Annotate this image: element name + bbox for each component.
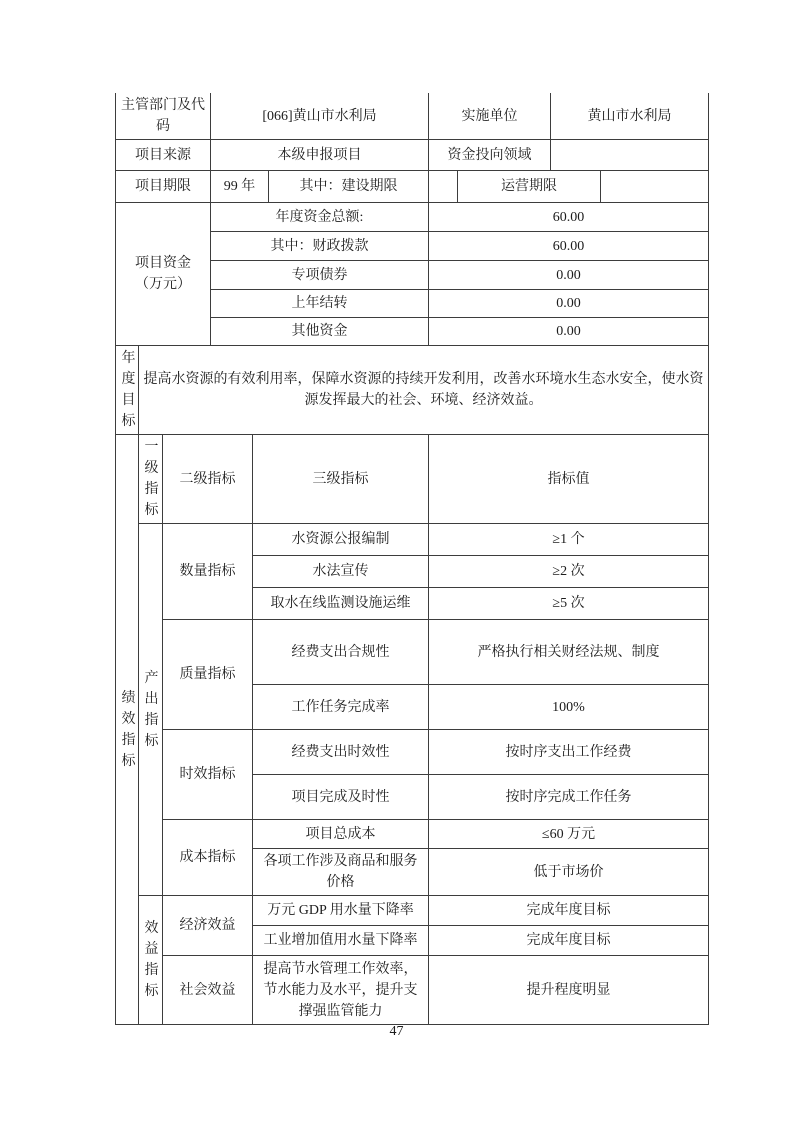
level2-social: 社会效益 [163, 956, 253, 1025]
build-duration-value [429, 171, 458, 203]
fund-row-name: 上年结转 [211, 290, 429, 318]
impl-unit-label: 实施单位 [429, 93, 551, 140]
level2-timeliness: 时效指标 [163, 730, 253, 820]
page-number: 47 [0, 1024, 793, 1040]
header-level2: 二级指标 [163, 435, 253, 524]
level2-cost: 成本指标 [163, 820, 253, 896]
source-label: 项目来源 [116, 140, 211, 171]
funds-label: 项目资金 （万元） [116, 203, 211, 346]
indicator-name: 工业增加值用水量下降率 [253, 926, 429, 956]
indicator-name: 水资源公报编制 [253, 524, 429, 556]
indicator-name: 提高节水管理工作效率，节水能力及水平，提升支撑强监管能力 [253, 956, 429, 1025]
indicator-name: 万元 GDP 用水量下降率 [253, 896, 429, 926]
indicator-value: 100% [429, 685, 709, 730]
duration-label: 项目期限 [116, 171, 211, 203]
indicator-value: ≤60 万元 [429, 820, 709, 849]
indicator-value: 完成年度目标 [429, 926, 709, 956]
indicator-value: 完成年度目标 [429, 896, 709, 926]
header-value: 指标值 [429, 435, 709, 524]
project-performance-table: 主管部门及代 码 [066]黄山市水利局 实施单位 黄山市水利局 项目来源 本级… [115, 93, 709, 1025]
fund-row-value: 0.00 [429, 261, 709, 290]
duration-value: 99 年 [211, 171, 269, 203]
indicator-name: 工作任务完成率 [253, 685, 429, 730]
indicator-name: 项目完成及时性 [253, 775, 429, 820]
fund-row-value: 60.00 [429, 203, 709, 232]
indicator-value: ≥2 次 [429, 556, 709, 588]
fund-field-value [551, 140, 709, 171]
indicator-value: ≥5 次 [429, 588, 709, 620]
level2-economic: 经济效益 [163, 896, 253, 956]
indicator-value: 低于市场价 [429, 849, 709, 896]
indicator-name: 经费支出合规性 [253, 620, 429, 685]
level2-quantity: 数量指标 [163, 524, 253, 620]
fund-row-name: 其他资金 [211, 318, 429, 346]
indicator-name: 经费支出时效性 [253, 730, 429, 775]
build-duration-label: 其中：建设期限 [269, 171, 429, 203]
indicator-value: 提升程度明显 [429, 956, 709, 1025]
dept-value: [066]黄山市水利局 [211, 93, 429, 140]
fund-row-value: 0.00 [429, 290, 709, 318]
indicator-name: 水法宣传 [253, 556, 429, 588]
fund-row-name: 年度资金总额: [211, 203, 429, 232]
performance-side-label: 绩效指标 [116, 435, 139, 1025]
header-level3: 三级指标 [253, 435, 429, 524]
annual-goal-label: 年度目标 [116, 346, 139, 435]
indicator-name: 各项工作涉及商品和服务价格 [253, 849, 429, 896]
level1-benefit: 效益指标 [139, 896, 163, 1025]
operate-duration-label: 运营期限 [458, 171, 601, 203]
indicator-value: ≥1 个 [429, 524, 709, 556]
fund-row-name: 其中：财政拨款 [211, 232, 429, 261]
indicator-value: 按时序支出工作经费 [429, 730, 709, 775]
indicator-value: 严格执行相关财经法规、制度 [429, 620, 709, 685]
fund-row-value: 60.00 [429, 232, 709, 261]
fund-row-name: 专项债券 [211, 261, 429, 290]
fund-field-label: 资金投向领域 [429, 140, 551, 171]
source-value: 本级申报项目 [211, 140, 429, 171]
indicator-value: 按时序完成工作任务 [429, 775, 709, 820]
fund-row-value: 0.00 [429, 318, 709, 346]
header-level1: 一级指标 [139, 435, 163, 524]
indicator-name: 取水在线监测设施运维 [253, 588, 429, 620]
indicator-name: 项目总成本 [253, 820, 429, 849]
dept-label: 主管部门及代 码 [116, 93, 211, 140]
impl-unit-value: 黄山市水利局 [551, 93, 709, 140]
project-performance-table-sheet: 主管部门及代 码 [066]黄山市水利局 实施单位 黄山市水利局 项目来源 本级… [115, 93, 708, 1025]
operate-duration-value [601, 171, 709, 203]
annual-goal-text: 提高水资源的有效利用率，保障水资源的持续开发利用，改善水环境水生态水安全，使水资… [139, 346, 709, 435]
level2-quality: 质量指标 [163, 620, 253, 730]
level1-output: 产出指标 [139, 524, 163, 896]
